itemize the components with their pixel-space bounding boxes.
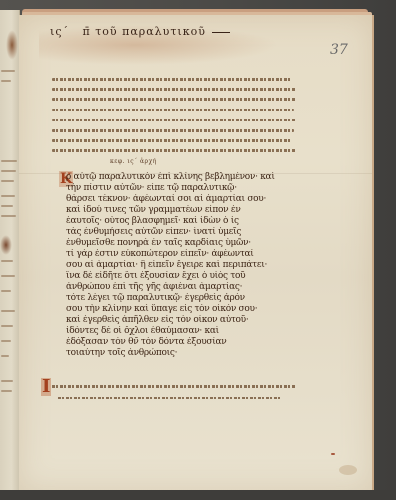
text-line: ἐδόξασαν τὸν θν̄ τὸν δόντα ἐξουσίαν — [66, 337, 294, 348]
folio-number: 37 — [330, 42, 348, 58]
header-dash — [212, 32, 230, 33]
commentary-line — [52, 78, 292, 81]
text-line: ἐνθυμεῖσθε πονηρὰ ἐν ταῖς καρδίαις ὑμῶν· — [66, 238, 294, 249]
text-fragment — [1, 355, 9, 357]
text-line: ἀνθρώπου ἐπὶ τῆς γῆς ἀφιέναι ἁμαρτίας· — [66, 282, 294, 293]
text-fragment — [1, 310, 15, 312]
text-line: καὶ ἐγερθεὶς ἀπῆλθεν εἰς τὸν οἶκον αὐτοῦ… — [66, 315, 294, 326]
text-fragment — [1, 170, 16, 172]
commentary-line — [52, 129, 294, 132]
commentary-block — [52, 78, 297, 160]
text-fragment — [1, 325, 13, 327]
text-line: ρ αὐτῷ παραλυτικὸν ἐπὶ κλίνης βεβλημένον… — [66, 172, 294, 183]
text-line: τὰς ἐνθυμήσεις αὐτῶν εἶπεν· ἱνατί ὑμεῖς — [66, 227, 294, 238]
text-line: τότε λέγει τῷ παραλυτικῷ· ἐγερθεὶς ἆρόν — [66, 293, 294, 304]
text-fragment — [1, 205, 13, 207]
text-fragment — [1, 380, 13, 382]
commentary-line — [52, 139, 292, 142]
text-fragment — [1, 215, 16, 217]
text-line: τί γάρ ἐστιν εὐκοπώτερον εἰπεῖν· ἀφέωντα… — [66, 249, 294, 260]
rubric-initial: Ι — [41, 378, 51, 396]
text-fragment — [1, 275, 15, 277]
text-fragment — [1, 80, 11, 82]
text-fragment — [1, 290, 11, 292]
chapter-marker: ις΄ — [50, 25, 69, 38]
page-header: ις΄ π̄ τοῦ παραλυτικοῦ — [50, 25, 230, 38]
text-fragment — [1, 390, 12, 392]
stain — [331, 453, 335, 455]
stain — [339, 465, 357, 475]
commentary-line — [52, 149, 296, 152]
text-fragment — [1, 160, 17, 162]
main-text-block: ρ αὐτῷ παραλυτικὸν ἐπὶ κλίνης βεβλημένον… — [66, 172, 294, 359]
text-line: τὴν πίστιν αὐτῶν· εἶπε τῷ παραλυτικῷ· — [66, 183, 294, 194]
text-line: σου αἱ ἁμαρτίαι· ἢ εἰπεῖν ἔγειρε καὶ περ… — [66, 260, 294, 271]
left-folio-edge — [0, 10, 20, 492]
text-line: ἑαυτοῖς· οὗτος βλασφημεῖ· καὶ ἰδὼν ὁ ἰς — [66, 216, 294, 227]
commentary-line — [52, 98, 296, 101]
commentary-line — [58, 397, 282, 400]
text-fragment — [1, 180, 14, 182]
text-line: ἰδόντες δὲ οἱ ὄχλοι ἐθαύμασαν· καὶ — [66, 326, 294, 337]
stain — [6, 30, 18, 60]
text-line: τοιαύτην τοῖς ἀνθρώποις· — [66, 348, 294, 359]
text-fragment — [1, 260, 13, 262]
text-line: ἵνα δὲ εἰδῆτε ὅτι ἐξουσίαν ἔχει ὁ υἱὸς τ… — [66, 271, 294, 282]
commentary-line — [52, 119, 296, 122]
text-line: καὶ ἰδού τινες τῶν γραμματέων εἶπον ἐν — [66, 205, 294, 216]
text-fragment — [1, 195, 15, 197]
commentary-block-bottom — [52, 385, 296, 408]
background-bottom — [0, 490, 396, 500]
stain — [0, 235, 12, 255]
text-fragment — [1, 340, 11, 342]
text-line: σου τὴν κλίνην καὶ ὕπαγε εἰς τὸν οἶκόν σ… — [66, 304, 294, 315]
section-subheading: κεφ. ις΄ ἀρχή — [110, 158, 157, 165]
text-line: θάρσει τέκνον· ἀφέωνταί σοι αἱ ἁμαρτίαι … — [66, 194, 294, 205]
commentary-line — [52, 88, 296, 91]
commentary-line — [52, 385, 296, 388]
chapter-title: π̄ τοῦ παραλυτικοῦ — [82, 25, 205, 38]
commentary-line — [52, 109, 294, 112]
text-fragment — [1, 70, 15, 72]
